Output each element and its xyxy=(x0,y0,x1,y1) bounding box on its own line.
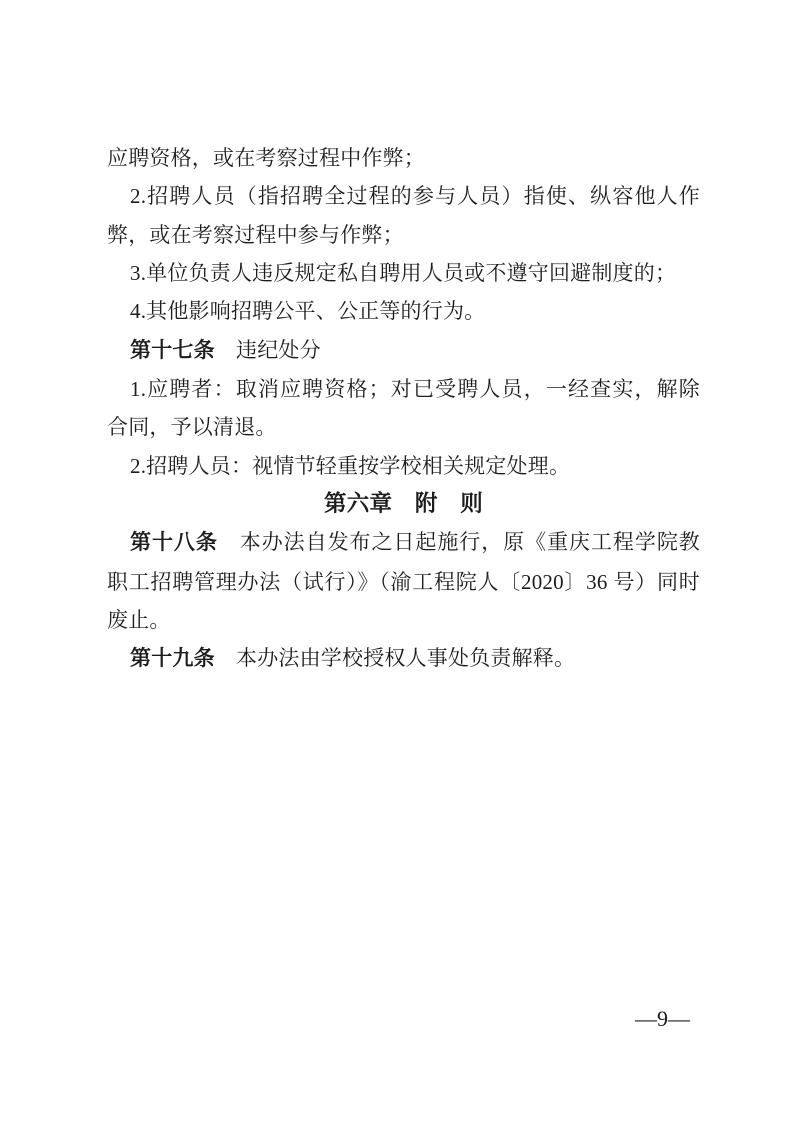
doc-line: 2.招聘人员：视情节轻重按学校相关规定处理。 xyxy=(107,447,700,485)
line-text: 废止。 xyxy=(107,608,171,632)
doc-line: 废止。 xyxy=(107,601,700,639)
doc-line: 2.招聘人员（指招聘全过程的参与人员）指使、纵容他人作 xyxy=(107,177,700,215)
line-text: 1.应聘者：取消应聘资格；对已受聘人员，一经查实，解除 xyxy=(130,377,700,401)
doc-line: 合同，予以清退。 xyxy=(107,408,700,446)
doc-line: 弊，或在考察过程中参与作弊； xyxy=(107,216,700,254)
doc-line: 第十九条 本办法由学校授权人事处负责解释。 xyxy=(107,639,700,678)
line-text: 2.招聘人员（指招聘全过程的参与人员）指使、纵容他人作 xyxy=(130,184,700,208)
line-text: 合同，予以清退。 xyxy=(107,415,277,439)
line-text: 职工招聘管理办法（试行）》（渝工程院人〔2020〕36 号）同时 xyxy=(107,570,700,594)
chapter-heading: 第六章 附 则 xyxy=(107,485,700,523)
article-number: 第十九条 xyxy=(130,647,215,670)
doc-line: 1.应聘者：取消应聘资格；对已受聘人员，一经查实，解除 xyxy=(107,370,700,408)
document-page: 应聘资格，或在考察过程中作弊； 2.招聘人员（指招聘全过程的参与人员）指使、纵容… xyxy=(0,0,794,1122)
doc-line: 4.其他影响招聘公平、公正等的行为。 xyxy=(107,292,700,330)
line-text: 本办法自发布之日起施行，原《重庆工程学院教 xyxy=(218,530,700,554)
page-number: —9— xyxy=(635,1005,690,1033)
doc-line: 应聘资格，或在考察过程中作弊； xyxy=(107,139,700,177)
article-number: 第十八条 xyxy=(130,531,218,554)
line-text: 3.单位负责人违反规定私自聘用人员或不遵守回避制度的； xyxy=(130,261,676,285)
doc-line: 第十八条 本办法自发布之日起施行，原《重庆工程学院教 xyxy=(107,523,700,562)
line-text: 应聘资格，或在考察过程中作弊； xyxy=(107,146,425,170)
document-body: 应聘资格，或在考察过程中作弊； 2.招聘人员（指招聘全过程的参与人员）指使、纵容… xyxy=(107,139,700,679)
line-text: 弊，或在考察过程中参与作弊； xyxy=(107,223,404,247)
doc-line: 3.单位负责人违反规定私自聘用人员或不遵守回避制度的； xyxy=(107,254,700,292)
line-text: 违纪处分 xyxy=(215,338,321,362)
article-number: 第十七条 xyxy=(130,339,215,362)
line-text: 2.招聘人员：视情节轻重按学校相关规定处理。 xyxy=(130,454,570,478)
line-text: 本办法由学校授权人事处负责解释。 xyxy=(215,646,575,670)
doc-line: 职工招聘管理办法（试行）》（渝工程院人〔2020〕36 号）同时 xyxy=(107,563,700,601)
doc-line: 第十七条 违纪处分 xyxy=(107,331,700,370)
line-text: 4.其他影响招聘公平、公正等的行为。 xyxy=(130,299,485,323)
